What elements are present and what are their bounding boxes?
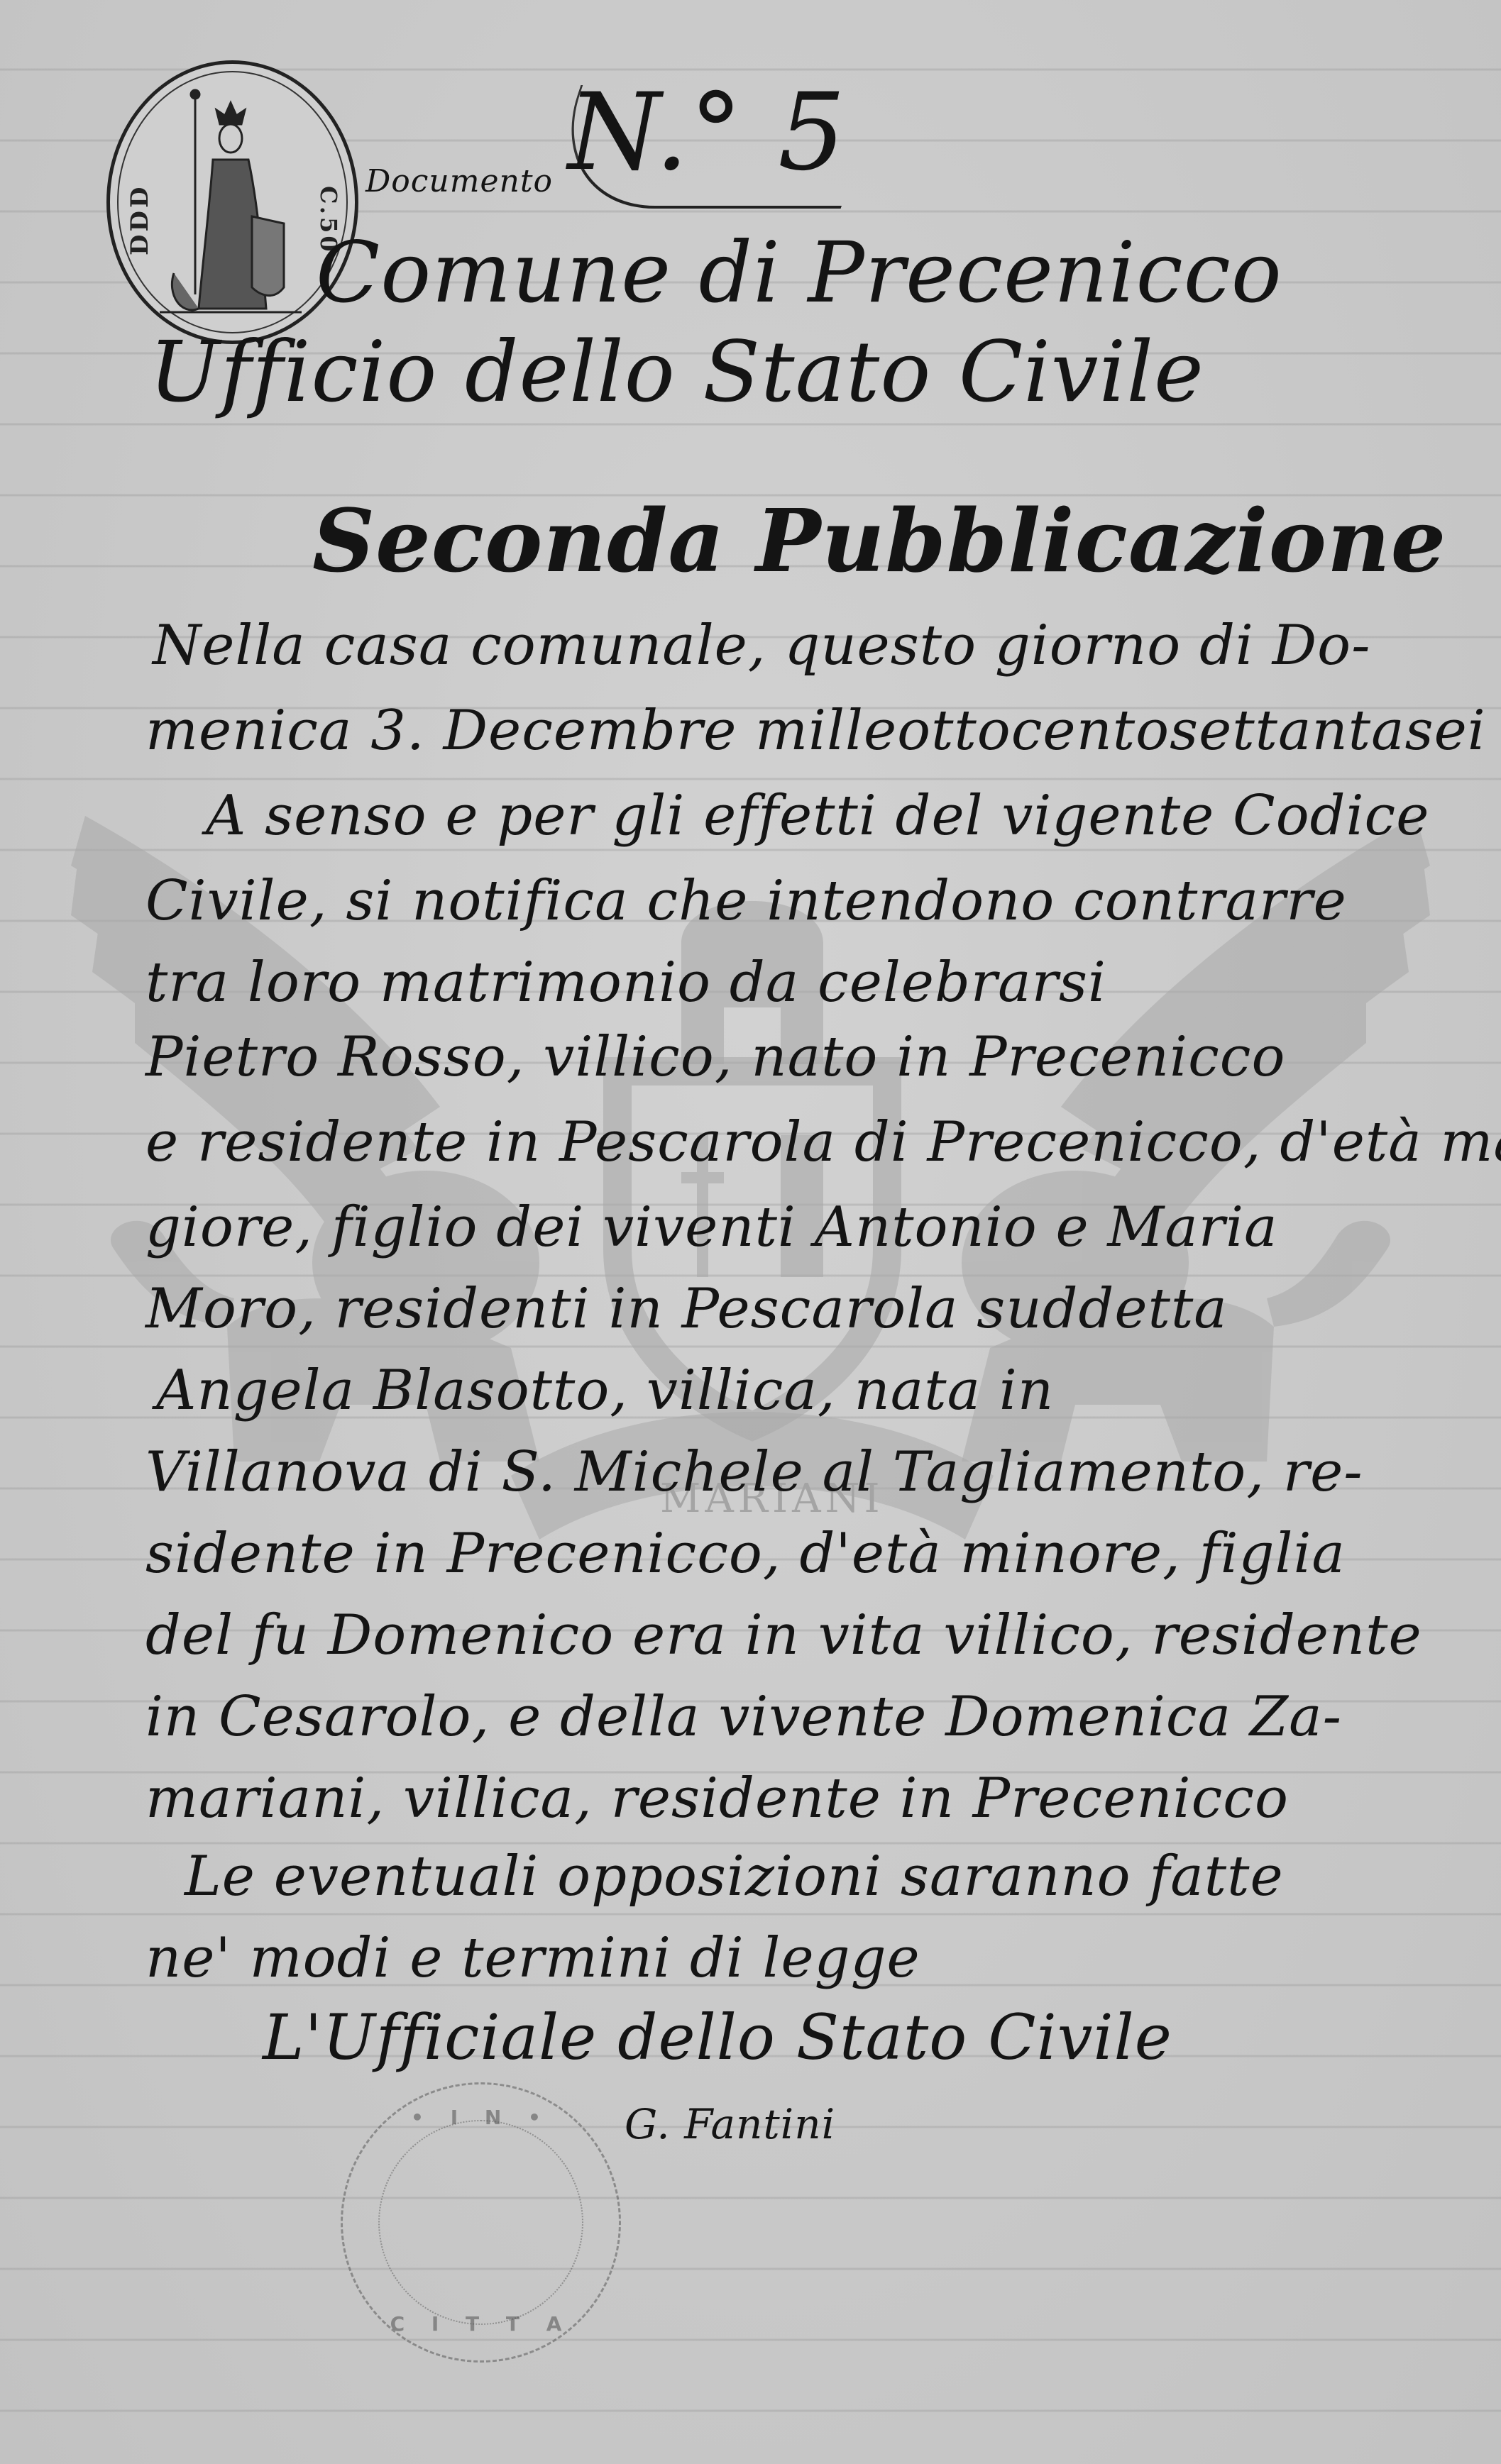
municipal-seal: • I N • C I T T A [341,2082,621,2363]
commune-heading: Comune di Precenicco [316,223,1282,321]
signature-title: L'Ufficiale dello Stato Civile [263,2001,1172,2074]
seal-top-text: • I N • [343,2106,619,2129]
revenue-stamp-left-legend: DDD [126,149,154,291]
body-line: Villanova di S. Michele al Tagliamento, … [145,1440,1363,1504]
body-line: sidente in Precenicco, d'età minore, fig… [145,1522,1346,1586]
body-line-bride: Angela Blasotto, villica, nata in [156,1359,1054,1422]
body-line: giore, figlio dei viventi Antonio e Mari… [145,1195,1278,1259]
document-page: MARIANI DDD C.50 Documento N.° 5 Comune … [0,0,1501,2464]
body-line: ne' modi e termini di legge [145,1926,920,1990]
body-line: menica 3. Decembre milleottocentosettant… [145,699,1486,763]
body-line: Nella casa comunale, questo giorno di Do… [153,614,1370,678]
body-line: A senso e per gli effetti del vigente Co… [206,784,1429,848]
body-line: mariani, villica, residente in Precenicc… [145,1767,1289,1830]
body-line: e residente in Pescarola di Precenicco, … [145,1110,1501,1174]
officer-signature: G. Fantini [625,2100,835,2148]
body-line: tra loro matrimonio da celebrarsi [145,951,1106,1015]
seal-bottom-text: C I T T A [343,2312,619,2336]
document-number: N.° 5 [568,71,846,194]
body-line: in Cesarolo, e della vivente Domenica Za… [145,1685,1342,1749]
italia-turrita-figure-icon [160,82,302,330]
body-line: Le eventuali opposizioni saranno fatte [185,1845,1284,1908]
body-line: Moro, residenti in Pescarola suddetta [145,1277,1228,1341]
seal-inner-ring [378,2120,583,2325]
office-heading: Ufficio dello Stato Civile [149,323,1204,421]
document-title: Seconda Pubblicazione [312,490,1446,592]
body-line: del fu Domenico era in vita villico, res… [145,1603,1422,1667]
body-line: Civile, si notifica che intendono contra… [145,869,1347,933]
body-line-groom: Pietro Rosso, villico, nato in Precenicc… [145,1025,1285,1089]
document-label: Documento [365,163,553,199]
